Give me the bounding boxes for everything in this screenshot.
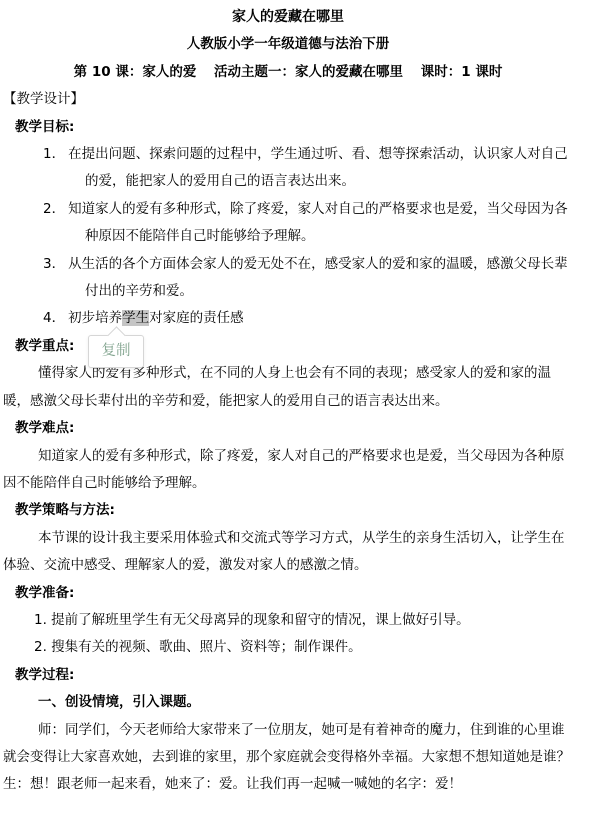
course-lesson: 第 10 课：家人的爱: [74, 59, 197, 86]
selected-text[interactable]: 学生: [122, 310, 149, 326]
process-step-title: 一、创设情境，引入课题。: [3, 689, 573, 716]
goal-item: 1．在提出问题、探索问题的过程中，学生通过听、看、想等探索活动，认识家人对自己的…: [3, 141, 573, 196]
document-title: 家人的爱藏在哪里: [3, 4, 573, 31]
section-heading-goals: 教学目标:: [15, 114, 573, 141]
goal-item: 2．知道家人的爱有多种形式，除了疼爱，家人对自己的严格要求也是爱，当父母因为各种…: [3, 196, 573, 251]
body-paragraph: 本节课的设计我主要采用体验式和交流式等学习方式，从学生的亲身生活切入，让学生在体…: [3, 525, 573, 580]
goal-text: 从生活的各个方面体会家人的爱无处不在，感受家人的爱和家的温暖，感激父母长辈付出的…: [68, 256, 568, 299]
document-subtitle: 人教版小学一年级道德与法治下册: [3, 31, 573, 58]
section-heading-preparation: 教学准备:: [15, 580, 573, 607]
body-paragraph: 师：同学们，今天老师给大家带来了一位朋友，她可是有着神奇的魔力，住到谁的心里谁就…: [3, 717, 573, 799]
goal-text: 初步培养: [68, 310, 122, 326]
preparation-item: 2. 搜集有关的视频、歌曲、照片、资料等；制作课件。: [3, 634, 573, 661]
course-activity: 活动主题一：家人的爱藏在哪里: [214, 59, 403, 86]
section-heading-process: 教学过程:: [15, 662, 573, 689]
document-page: 家人的爱藏在哪里 人教版小学一年级道德与法治下册 第 10 课：家人的爱 活动主…: [0, 0, 599, 836]
goal-item: 3．从生活的各个方面体会家人的爱无处不在，感受家人的爱和家的温暖，感激父母长辈付…: [3, 251, 573, 306]
section-heading-difficulties: 教学难点:: [15, 415, 573, 442]
course-period: 课时：1 课时: [421, 59, 503, 86]
goal-number: 3．: [43, 256, 65, 272]
goal-text: 对家庭的责任感: [149, 310, 244, 326]
body-paragraph: 懂得家人的爱有多种形式，在不同的人身上也会有不同的表现；感受家人的爱和家的温暖，…: [3, 360, 573, 415]
goal-text: 在提出问题、探索问题的过程中，学生通过听、看、想等探索活动，认识家人对自己的爱，…: [68, 146, 568, 189]
section-heading-strategies: 教学策略与方法:: [15, 497, 573, 524]
design-tag: 【教学设计】: [3, 86, 573, 113]
copy-button[interactable]: 复制: [88, 335, 144, 368]
goal-number: 1．: [43, 146, 65, 162]
copy-button-label[interactable]: 复制: [102, 344, 131, 359]
goal-number: 2．: [43, 201, 65, 217]
preparation-item: 1. 提前了解班里学生有无父母离异的现象和留守的情况，课上做好引导。: [3, 607, 573, 634]
goal-text: 知道家人的爱有多种形式，除了疼爱，家人对自己的严格要求也是爱，当父母因为各种原因…: [68, 201, 568, 244]
goal-number: 4．: [43, 310, 65, 326]
course-info-line: 第 10 课：家人的爱 活动主题一：家人的爱藏在哪里 课时：1 课时: [3, 59, 573, 86]
goal-item: 4．初步培养学生对家庭的责任感: [3, 305, 573, 332]
body-paragraph: 知道家人的爱有多种形式，除了疼爱，家人对自己的严格要求也是爱，当父母因为各种原因…: [3, 443, 573, 498]
